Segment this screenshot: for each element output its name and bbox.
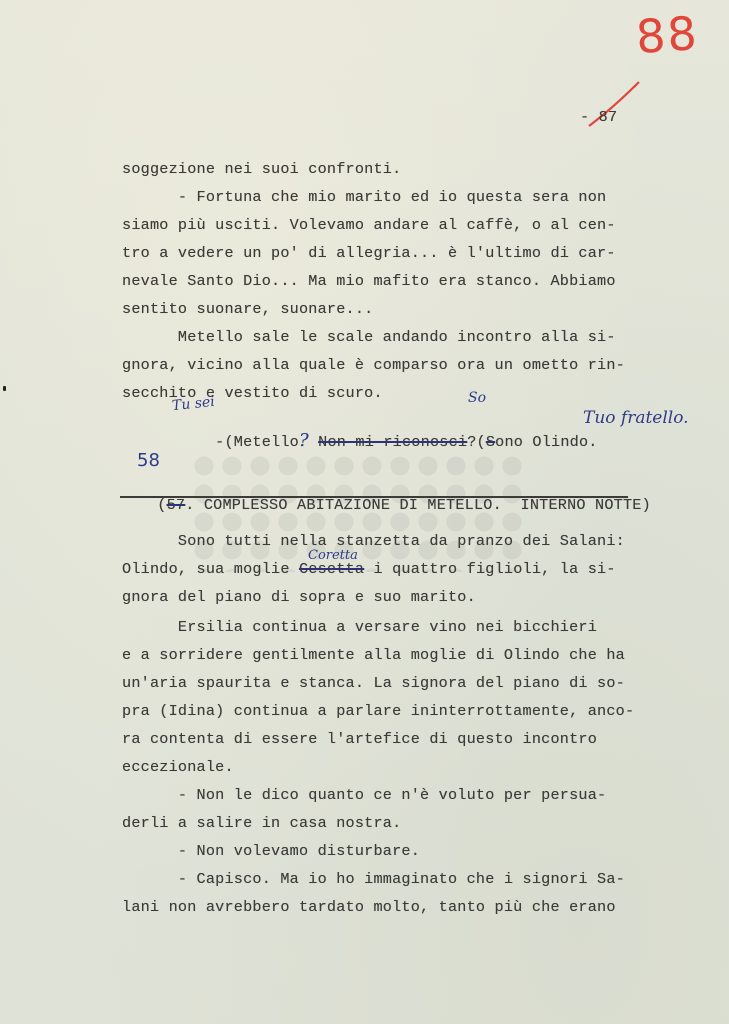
dialogue-punct: ?( bbox=[467, 433, 486, 451]
text-line: - Non le dico quanto ce n'è voluto per p… bbox=[122, 786, 606, 804]
heading-underline bbox=[120, 496, 628, 498]
text-line: gnora, vicino alla quale è comparso ora … bbox=[122, 356, 625, 374]
paragraph-1: soggezione nei suoi confronti. - Fortuna… bbox=[122, 160, 159, 304]
dialogue-block: - Non le dico quanto ce n'è voluto per p… bbox=[122, 786, 159, 912]
text-line: - Fortuna che mio marito ed io questa se… bbox=[122, 188, 606, 206]
struck-letter: S bbox=[486, 433, 495, 451]
text-line: Metello sale le scale andando incontro a… bbox=[122, 328, 616, 346]
text-line: pra (Idina) continua a parlare ininterro… bbox=[122, 702, 634, 720]
handwritten-insert-so: So bbox=[468, 390, 486, 406]
handwritten-append-tuo-fratello: Tuo fratello. bbox=[583, 408, 689, 428]
text-line: derli a salire in casa nostra. bbox=[122, 814, 401, 832]
line-part: i quattro figlioli, la si- bbox=[364, 560, 615, 578]
text-line: secchito e vestito di scuro. bbox=[122, 384, 383, 402]
text-line: ra contenta di essere l'artefice di ques… bbox=[122, 730, 597, 748]
dialogue-line-metello: -(Metello? Non mi riconosci?(Sono Olindo… bbox=[122, 412, 598, 469]
line-part: Olindo, sua moglie bbox=[122, 560, 299, 578]
handwritten-page-number: 88 bbox=[634, 6, 700, 64]
struck-text: Non mi riconosci bbox=[318, 433, 467, 451]
text-line: siamo più usciti. Volevamo andare al caf… bbox=[122, 216, 616, 234]
text-line: Ersilia continua a versare vino nei bicc… bbox=[122, 618, 597, 636]
dialogue-rest: ono Olindo. bbox=[495, 433, 597, 451]
text-line: eccezionale. bbox=[122, 758, 234, 776]
handwritten-question-mark: ? bbox=[299, 430, 309, 451]
heading-open-paren: ( bbox=[157, 496, 166, 514]
text-line: lani non avrebbero tardato molto, tanto … bbox=[122, 898, 616, 916]
text-line: tro a vedere un po' di allegria... è l'u… bbox=[122, 244, 616, 262]
margin-ink-mark bbox=[3, 386, 6, 391]
paragraph-4: Ersilia continua a versare vino nei bicc… bbox=[122, 618, 159, 762]
text-line: un'aria spaurita e stanca. La signora de… bbox=[122, 674, 625, 692]
struck-scene-number: 57 bbox=[167, 496, 186, 514]
text-line: - Non volevamo disturbare. bbox=[122, 842, 420, 860]
text-line: nevale Santo Dio... Ma mio mafito era st… bbox=[122, 272, 616, 290]
text-line: Olindo, sua moglie Cesetta i quattro fig… bbox=[122, 560, 616, 578]
handwritten-scene-number: 58 bbox=[137, 450, 160, 471]
typed-page-number: - 87 bbox=[580, 108, 617, 126]
text-line: soggezione nei suoi confronti. bbox=[122, 160, 401, 178]
text-line: sentito suonare, suonare... bbox=[122, 300, 373, 318]
scene-heading: (57. COMPLESSO ABITAZIONE DI METELLO. IN… bbox=[120, 478, 651, 532]
text-line: Sono tutti nella stanzetta da pranzo dei… bbox=[122, 532, 625, 550]
handwritten-insert-coretta: Coretta bbox=[308, 548, 358, 563]
paragraph-3: Sono tutti nella stanzetta da pranzo dei… bbox=[122, 532, 159, 622]
text-line: gnora del piano di sopra e suo marito. bbox=[122, 588, 476, 606]
document-page: 88 - 87 soggezione nei suoi confronti. -… bbox=[0, 0, 729, 1024]
paragraph-2: Metello sale le scale andando incontro a… bbox=[122, 328, 159, 418]
text-line: - Capisco. Ma io ho immaginato che i sig… bbox=[122, 870, 625, 888]
dialogue-prefix: -(Metello bbox=[159, 433, 299, 451]
heading-text: . COMPLESSO ABITAZIONE DI METELLO. INTER… bbox=[185, 496, 651, 514]
text-line: e a sorridere gentilmente alla moglie di… bbox=[122, 646, 625, 664]
